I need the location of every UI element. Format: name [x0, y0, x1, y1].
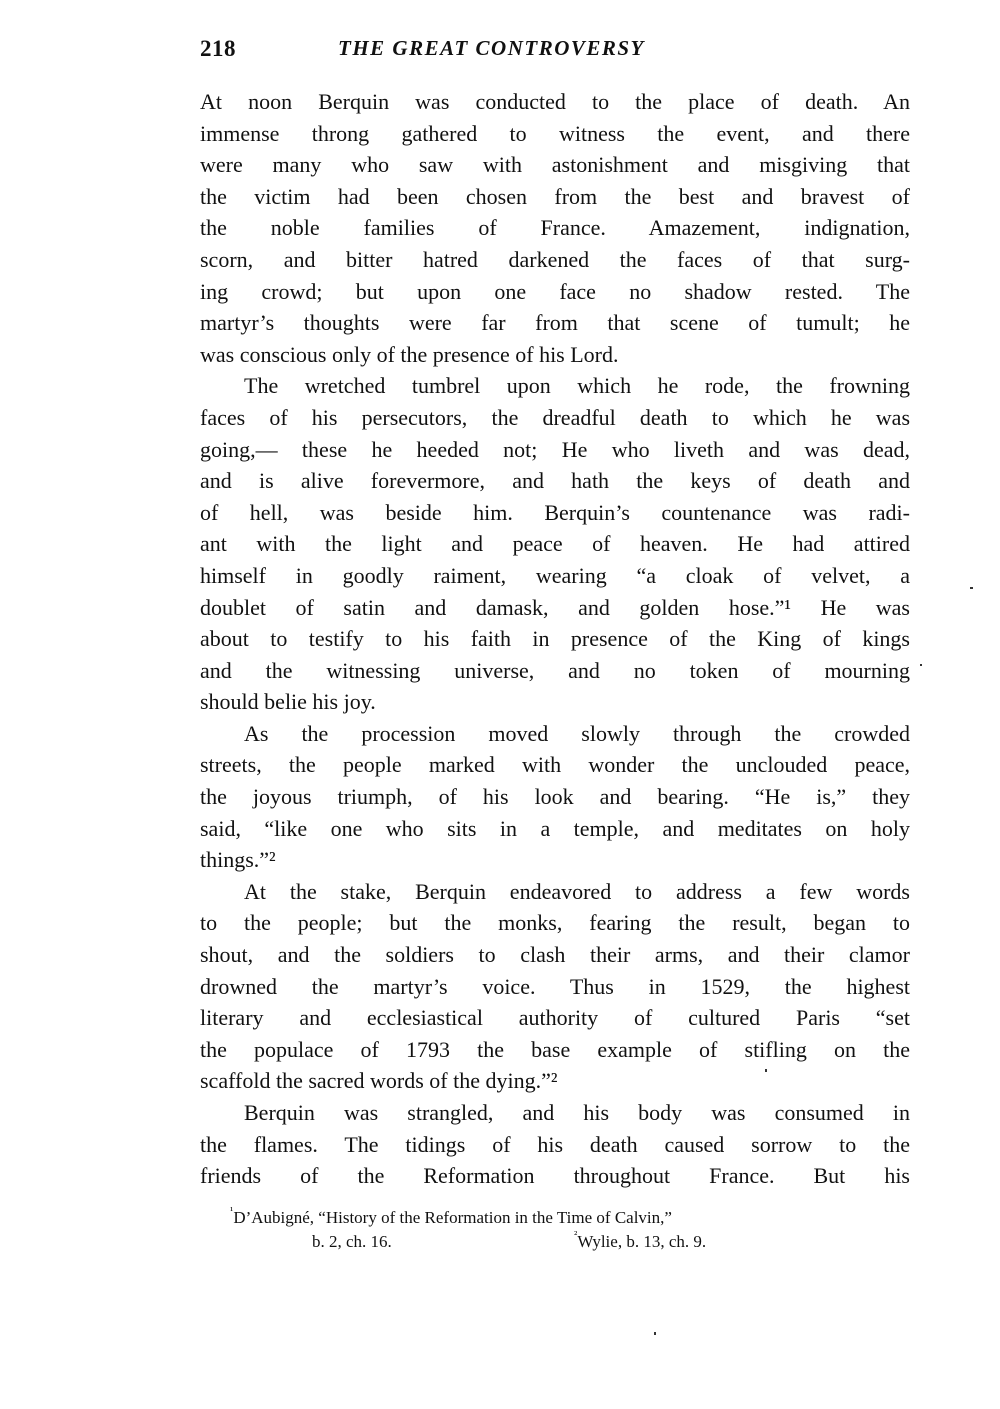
- paragraph: Berquin was strangled, and his body was …: [200, 1097, 910, 1192]
- text-line: to the people; but the monks, fearing th…: [200, 907, 910, 939]
- paragraph: At the stake, Berquin endeavored to addr…: [200, 876, 910, 1097]
- footnote-1-continuation: b. 2, ch. 16.: [312, 1230, 574, 1254]
- text-line: said, “like one who sits in a temple, an…: [200, 813, 910, 845]
- paragraph: The wretched tumbrel upon which he rode,…: [200, 370, 910, 718]
- text-line: were many who saw with astonishment and …: [200, 149, 910, 181]
- scan-speck: [970, 587, 973, 589]
- text-line: about to testify to his faith in presenc…: [200, 623, 910, 655]
- text-line: doublet of satin and damask, and golden …: [200, 592, 910, 624]
- text-line: and the witnessing universe, and no toke…: [200, 655, 910, 687]
- footnote-text: D’Aubigné, “History of the Reformation i…: [233, 1208, 672, 1227]
- text-line: the joyous triumph, of his look and bear…: [200, 781, 910, 813]
- text-line: was conscious only of the presence of hi…: [200, 339, 910, 371]
- footnote-text: Wylie, b. 13, ch. 9.: [577, 1232, 706, 1251]
- footnote-1: ¹D’Aubigné, “History of the Reformation …: [230, 1206, 900, 1230]
- text-line: The wretched tumbrel upon which he rode,…: [244, 370, 910, 402]
- book-page: 218 THE GREAT CONTROVERSY At noon Berqui…: [0, 0, 1000, 1409]
- running-title: THE GREAT CONTROVERSY: [338, 36, 645, 61]
- text-line: literary and ecclesiastical authority of…: [200, 1002, 910, 1034]
- text-line: scaffold the sacred words of the dying.”…: [200, 1065, 910, 1097]
- text-line: and is alive forevermore, and hath the k…: [200, 465, 910, 497]
- text-line: At the stake, Berquin endeavored to addr…: [244, 876, 910, 908]
- text-line: faces of his persecutors, the dreadful d…: [200, 402, 910, 434]
- footnote-2: ²Wylie, b. 13, ch. 9.: [574, 1232, 706, 1251]
- text-line: the victim had been chosen from the best…: [200, 181, 910, 213]
- page-header: 218 THE GREAT CONTROVERSY: [200, 36, 910, 68]
- text-line: the flames. The tidings of his death cau…: [200, 1129, 910, 1161]
- scan-speck: [654, 1332, 656, 1335]
- text-line: drowned the martyr’s voice. Thus in 1529…: [200, 971, 910, 1003]
- paragraph: As the procession moved slowly through t…: [200, 718, 910, 876]
- text-line: streets, the people marked with wonder t…: [200, 749, 910, 781]
- text-line: scorn, and bitter hatred darkened the fa…: [200, 244, 910, 276]
- scan-speck: [920, 664, 922, 666]
- text-line: of hell, was beside him. Berquin’s count…: [200, 497, 910, 529]
- text-line: things.”²: [200, 844, 910, 876]
- text-line: the populace of 1793 the base example of…: [200, 1034, 910, 1066]
- text-line: the noble families of France. Amazement,…: [200, 212, 910, 244]
- scan-speck: [765, 1069, 767, 1072]
- text-line: At noon Berquin was conducted to the pla…: [200, 86, 910, 118]
- text-line: As the procession moved slowly through t…: [244, 718, 910, 750]
- text-line: himself in goodly raiment, wearing “a cl…: [200, 560, 910, 592]
- paragraph: At noon Berquin was conducted to the pla…: [200, 86, 910, 370]
- text-line: ant with the light and peace of heaven. …: [200, 528, 910, 560]
- text-line: should belie his joy.: [200, 686, 910, 718]
- body-text: At noon Berquin was conducted to the pla…: [200, 86, 910, 1192]
- text-line: going,— these he heeded not; He who live…: [200, 434, 910, 466]
- footnotes: ¹D’Aubigné, “History of the Reformation …: [230, 1206, 900, 1254]
- text-line: martyr’s thoughts were far from that sce…: [200, 307, 910, 339]
- text-line: shout, and the soldiers to clash their a…: [200, 939, 910, 971]
- text-line: immense throng gathered to witness the e…: [200, 118, 910, 150]
- text-line: Berquin was strangled, and his body was …: [244, 1097, 910, 1129]
- text-line: ing crowd; but upon one face no shadow r…: [200, 276, 910, 308]
- page-number: 218: [200, 36, 236, 62]
- text-line: friends of the Reformation throughout Fr…: [200, 1160, 910, 1192]
